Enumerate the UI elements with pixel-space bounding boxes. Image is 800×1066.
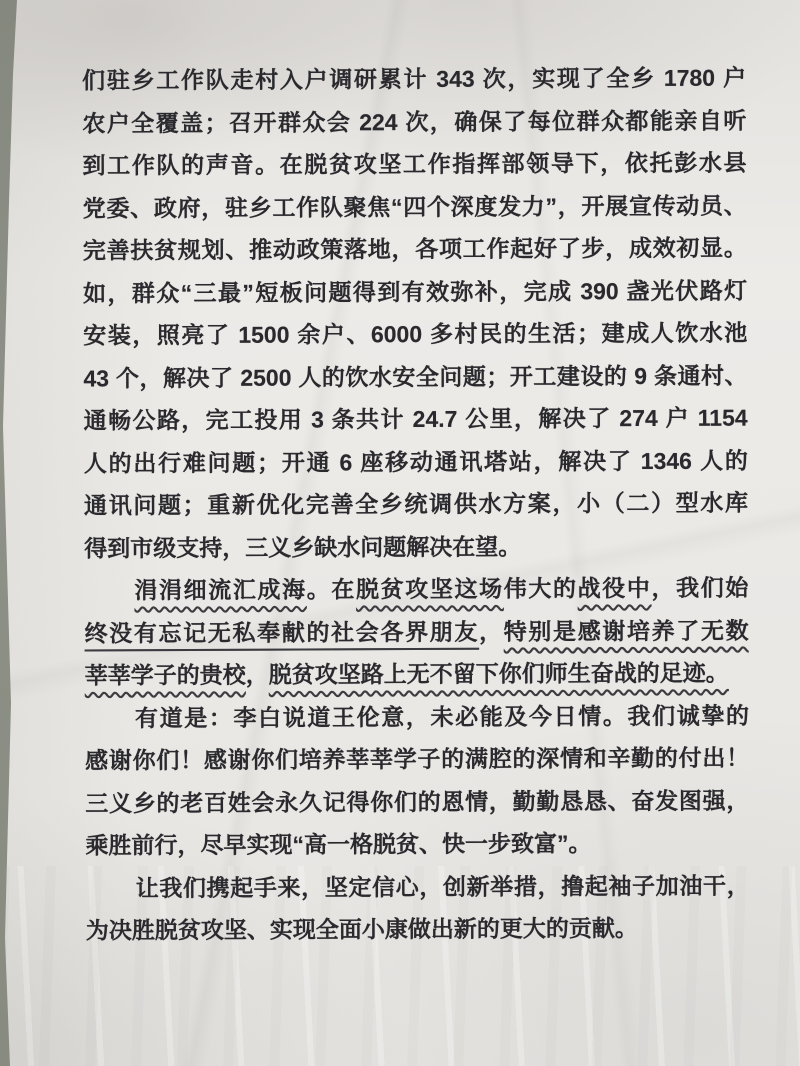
text-segment: 们驻乡工作队走村入户调研累计 343 次，实现了全乡 1780 户 [82,65,746,94]
text-segment: 完善扶贫规划、推动政策落地，各项工作起好了步，成效初显。 [83,235,747,264]
text-line: 们驻乡工作队走村入户调研累计 343 次，实现了全乡 1780 户 [82,57,746,102]
text-segment: 安装，照亮了 1500 余户、6000 多村民的生活；建成人饮水池 [83,320,747,349]
photo-scene: 们驻乡工作队走村入户调研累计 343 次，实现了全乡 1780 户农户全覆盖；召… [0,0,800,1066]
text-line: 完善扶贫规划、推动政策落地，各项工作起好了步，成效初显。 [83,227,747,272]
text-line: 涓涓细流汇成海。在脱贫攻坚这场伟大的战役中，我们始 [84,567,748,612]
pen-underline: 特别是感谢培养了无数 [504,617,749,644]
text-segment: 三义乡的老百姓会永久记得你们的恩情，勤勤恳恳、奋发图强， [85,787,749,816]
pen-underline: 社会各界朋友 [331,618,479,645]
text-segment: 人的出行难问题；开通 6 座移动通讯塔站，解决了 1346 人的 [84,447,748,476]
text-segment: 到工作队的声音。在脱贫攻坚工作指挥部领导下，依托彭水县 [82,150,746,179]
text-line: 感谢你们！感谢你们培养莘莘学子的满腔的深情和辛勤的付出！ [85,737,749,782]
text-segment: 43 个，解决了 2500 人的饮水安全问题；开工建设的 9 条通村、 [83,362,747,391]
text-line: 如，群众“三最”短板问题得到有效弥补，完成 390 盏光伏路灯 [83,269,747,314]
pen-underline: 莘莘学子的贵校 [85,662,246,689]
text-segment: 感谢你们！感谢你们培养莘莘学子的满腔的深情和辛勤的付出！ [85,745,749,774]
text-line: 党委、政府，驻乡工作队聚焦“四个深度发力”，开展宣传动员、 [83,184,747,229]
text-segment: 伟大的 [504,575,578,601]
text-line: 人的出行难问题；开通 6 座移动通讯塔站，解决了 1346 人的 [84,439,748,484]
text-line: 通畅公路，完工投用 3 条共计 24.7 公里，解决了 274 户 1154 [84,397,748,442]
text-line: 让我们携起手来，坚定信心，创新举措，撸起袖子加油干， [86,864,750,909]
text-line: 为决胜脱贫攻坚、实现全面小康做出新的更大的贡献。 [86,907,750,952]
text-segment: 乘胜前行，尽早实现“高一格脱贫、快一步致富”。 [85,830,591,858]
text-segment: 为决胜脱贫攻坚、实现全面小康做出新的更大的贡献。 [86,915,638,943]
text-line: 三义乡的老百姓会永久记得你们的恩情，勤勤恳恳、奋发图强， [85,779,749,824]
text-segment: 农户全覆盖；召开群众会 224 次，确保了每位群众都能亲自听 [82,107,746,136]
text-segment: 如，群众“三最”短板问题得到有效弥补，完成 390 盏光伏路灯 [83,277,747,306]
text-segment: 得到市级支持，三义乡缺水问题解决在望。 [84,533,521,561]
text-segment: 有道是：李白说道王伦意，未必能及今日情。我们诚挚的 [135,702,749,731]
text-segment: 让我们携起手来，坚定信心，创新举措，撸起袖子加油干， [136,872,750,901]
text-line: 43 个，解决了 2500 人的饮水安全问题；开工建设的 9 条通村、 [83,354,747,399]
pen-underline: 脱贫攻坚这场 [356,576,504,603]
pen-underline: 脱贫攻坚路上无不留下你们师生奋战的足迹。 [269,660,729,688]
text-line: 终没有忘记无私奉献的社会各界朋友，特别是感谢培养了无数 [84,609,748,654]
pen-underline: 涓涓细流汇成海 [134,576,306,603]
document-body: 们驻乡工作队走村入户调研累计 343 次，实现了全乡 1780 户农户全覆盖；召… [82,57,750,952]
text-line: 通讯问题；重新优化完善全乡统调供水方案，小（二）型水库 [84,482,748,527]
pen-underline: 战役中 [578,575,652,601]
text-segment: ， [479,618,504,644]
text-line: 安装，照亮了 1500 余户、6000 多村民的生活；建成人饮水池 [83,312,747,357]
text-segment: 通讯问题；重新优化完善全乡统调供水方案，小（二）型水库 [84,490,748,519]
text-line: 莘莘学子的贵校，脱贫攻坚路上无不留下你们师生奋战的足迹。 [85,652,749,697]
paper-sheet: 们驻乡工作队走村入户调研累计 343 次，实现了全乡 1780 户农户全覆盖；召… [0,0,800,1066]
text-line: 乘胜前行，尽早实现“高一格脱贫、快一步致富”。 [85,822,749,867]
text-segment: 党委、政府，驻乡工作队聚焦“四个深度发力”，开展宣传动员、 [83,192,747,221]
text-line: 得到市级支持，三义乡缺水问题解决在望。 [84,524,748,569]
text-line: 到工作队的声音。在脱贫攻坚工作指挥部领导下，依托彭水县 [82,142,746,187]
text-line: 农户全覆盖；召开群众会 224 次，确保了每位群众都能亲自听 [82,99,746,144]
text-segment: 。在 [307,576,356,602]
text-segment: ， [246,662,269,688]
text-line: 有道是：李白说道王伦意，未必能及今日情。我们诚挚的 [85,694,749,739]
pen-underline: 终没有忘记无私奉献的 [85,619,332,646]
text-segment: ，我们始 [651,575,748,601]
text-segment: 通畅公路，完工投用 3 条共计 24.7 公里，解决了 274 户 1154 [84,405,748,434]
